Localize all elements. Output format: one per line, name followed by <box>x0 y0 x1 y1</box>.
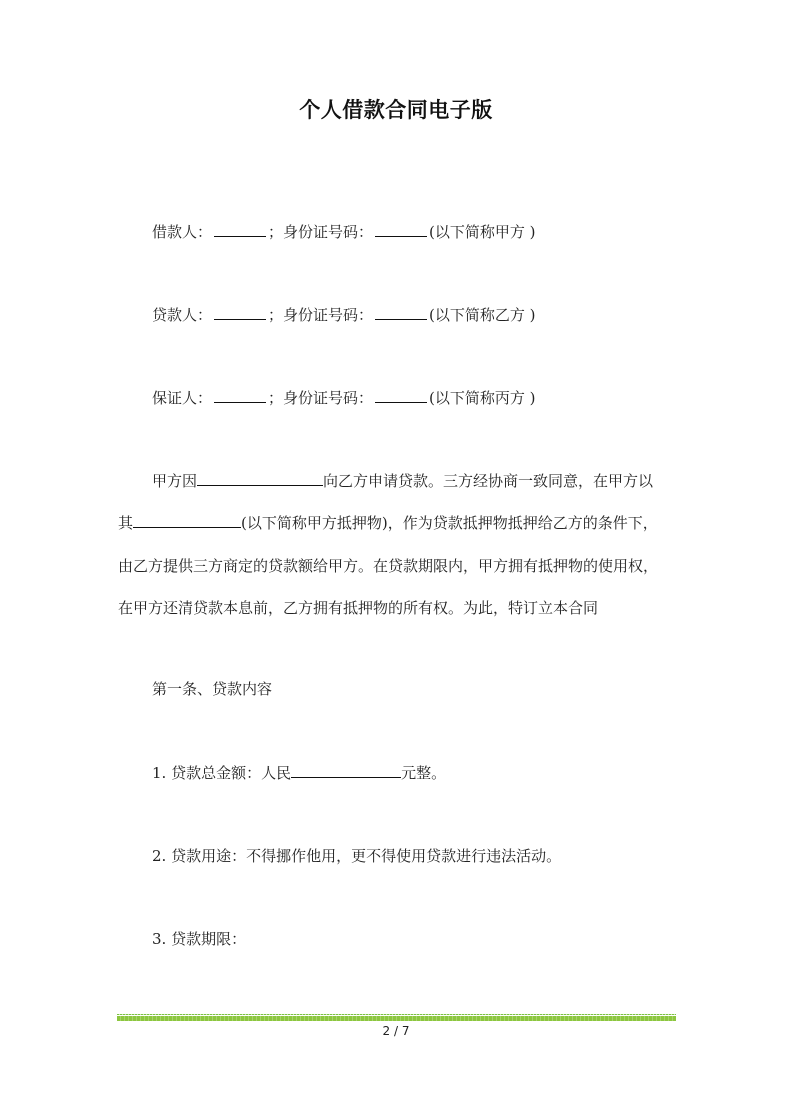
party-line-borrower: 借款人：；身份证号码：(以下简称甲方 ) <box>152 222 536 242</box>
party-role-label: 借款人： <box>152 223 212 241</box>
collateral-blank[interactable] <box>133 513 241 528</box>
id-label: 身份证号码： <box>283 389 373 407</box>
article-1-item-2: 2. 贷款用途：不得挪作他用，更不得使用贷款进行违法活动。 <box>152 846 561 866</box>
preamble-text: 甲方因 <box>152 472 197 490</box>
party-role-label: 贷款人： <box>152 306 212 324</box>
loan-reason-blank[interactable] <box>197 471 323 486</box>
preamble-text: 向乙方申请贷款。三方经协商一致同意，在甲方以 <box>323 472 653 490</box>
party-separator: ； <box>268 223 283 241</box>
preamble-line-2: 其(以下简称甲方抵押物)，作为贷款抵押物抵押给乙方的条件下， <box>118 513 658 533</box>
preamble-line-4: 在甲方还清贷款本息前，乙方拥有抵押物的所有权。为此，特订立本合同 <box>118 598 598 618</box>
lender-id-blank[interactable] <box>375 305 427 320</box>
party-role-label: 保证人： <box>152 389 212 407</box>
party-line-guarantor: 保证人：；身份证号码：(以下简称丙方 ) <box>152 388 536 408</box>
footer-rule <box>117 1014 676 1022</box>
guarantor-name-blank[interactable] <box>214 388 266 403</box>
party-alias: (以下简称乙方 ) <box>429 306 535 324</box>
preamble-line-3: 由乙方提供三方商定的贷款额给甲方。在贷款期限内，甲方拥有抵押物的使用权， <box>118 556 658 576</box>
id-label: 身份证号码： <box>283 223 373 241</box>
preamble-line-1: 甲方因向乙方申请贷款。三方经协商一致同意，在甲方以 <box>152 471 653 491</box>
party-separator: ； <box>268 306 283 324</box>
borrower-name-blank[interactable] <box>214 222 266 237</box>
guarantor-id-blank[interactable] <box>375 388 427 403</box>
document-page: 个人借款合同电子版 借款人：；身份证号码：(以下简称甲方 ) 贷款人：；身份证号… <box>0 0 792 1120</box>
article-1-item-3: 3. 贷款期限： <box>152 929 246 949</box>
article-1-heading: 第一条、贷款内容 <box>152 679 272 699</box>
page-number: 2 / 7 <box>0 1024 792 1038</box>
article-1-item-1: 1. 贷款总金额：人民元整。 <box>152 763 446 783</box>
preamble-text: 其 <box>118 514 133 532</box>
party-alias: (以下简称甲方 ) <box>429 223 535 241</box>
party-alias: (以下简称丙方 ) <box>429 389 535 407</box>
id-label: 身份证号码： <box>283 306 373 324</box>
party-line-lender: 贷款人：；身份证号码：(以下简称乙方 ) <box>152 305 536 325</box>
loan-amount-blank[interactable] <box>291 763 401 778</box>
borrower-id-blank[interactable] <box>375 222 427 237</box>
footer-rule-thick <box>117 1016 676 1021</box>
footer-rule-thin <box>117 1014 676 1015</box>
preamble-text: (以下简称甲方抵押物)，作为贷款抵押物抵押给乙方的条件下， <box>241 514 658 532</box>
document-title: 个人借款合同电子版 <box>0 94 792 124</box>
item-text: 1. 贷款总金额：人民 <box>152 764 291 782</box>
party-separator: ； <box>268 389 283 407</box>
lender-name-blank[interactable] <box>214 305 266 320</box>
item-text: 元整。 <box>401 764 446 782</box>
